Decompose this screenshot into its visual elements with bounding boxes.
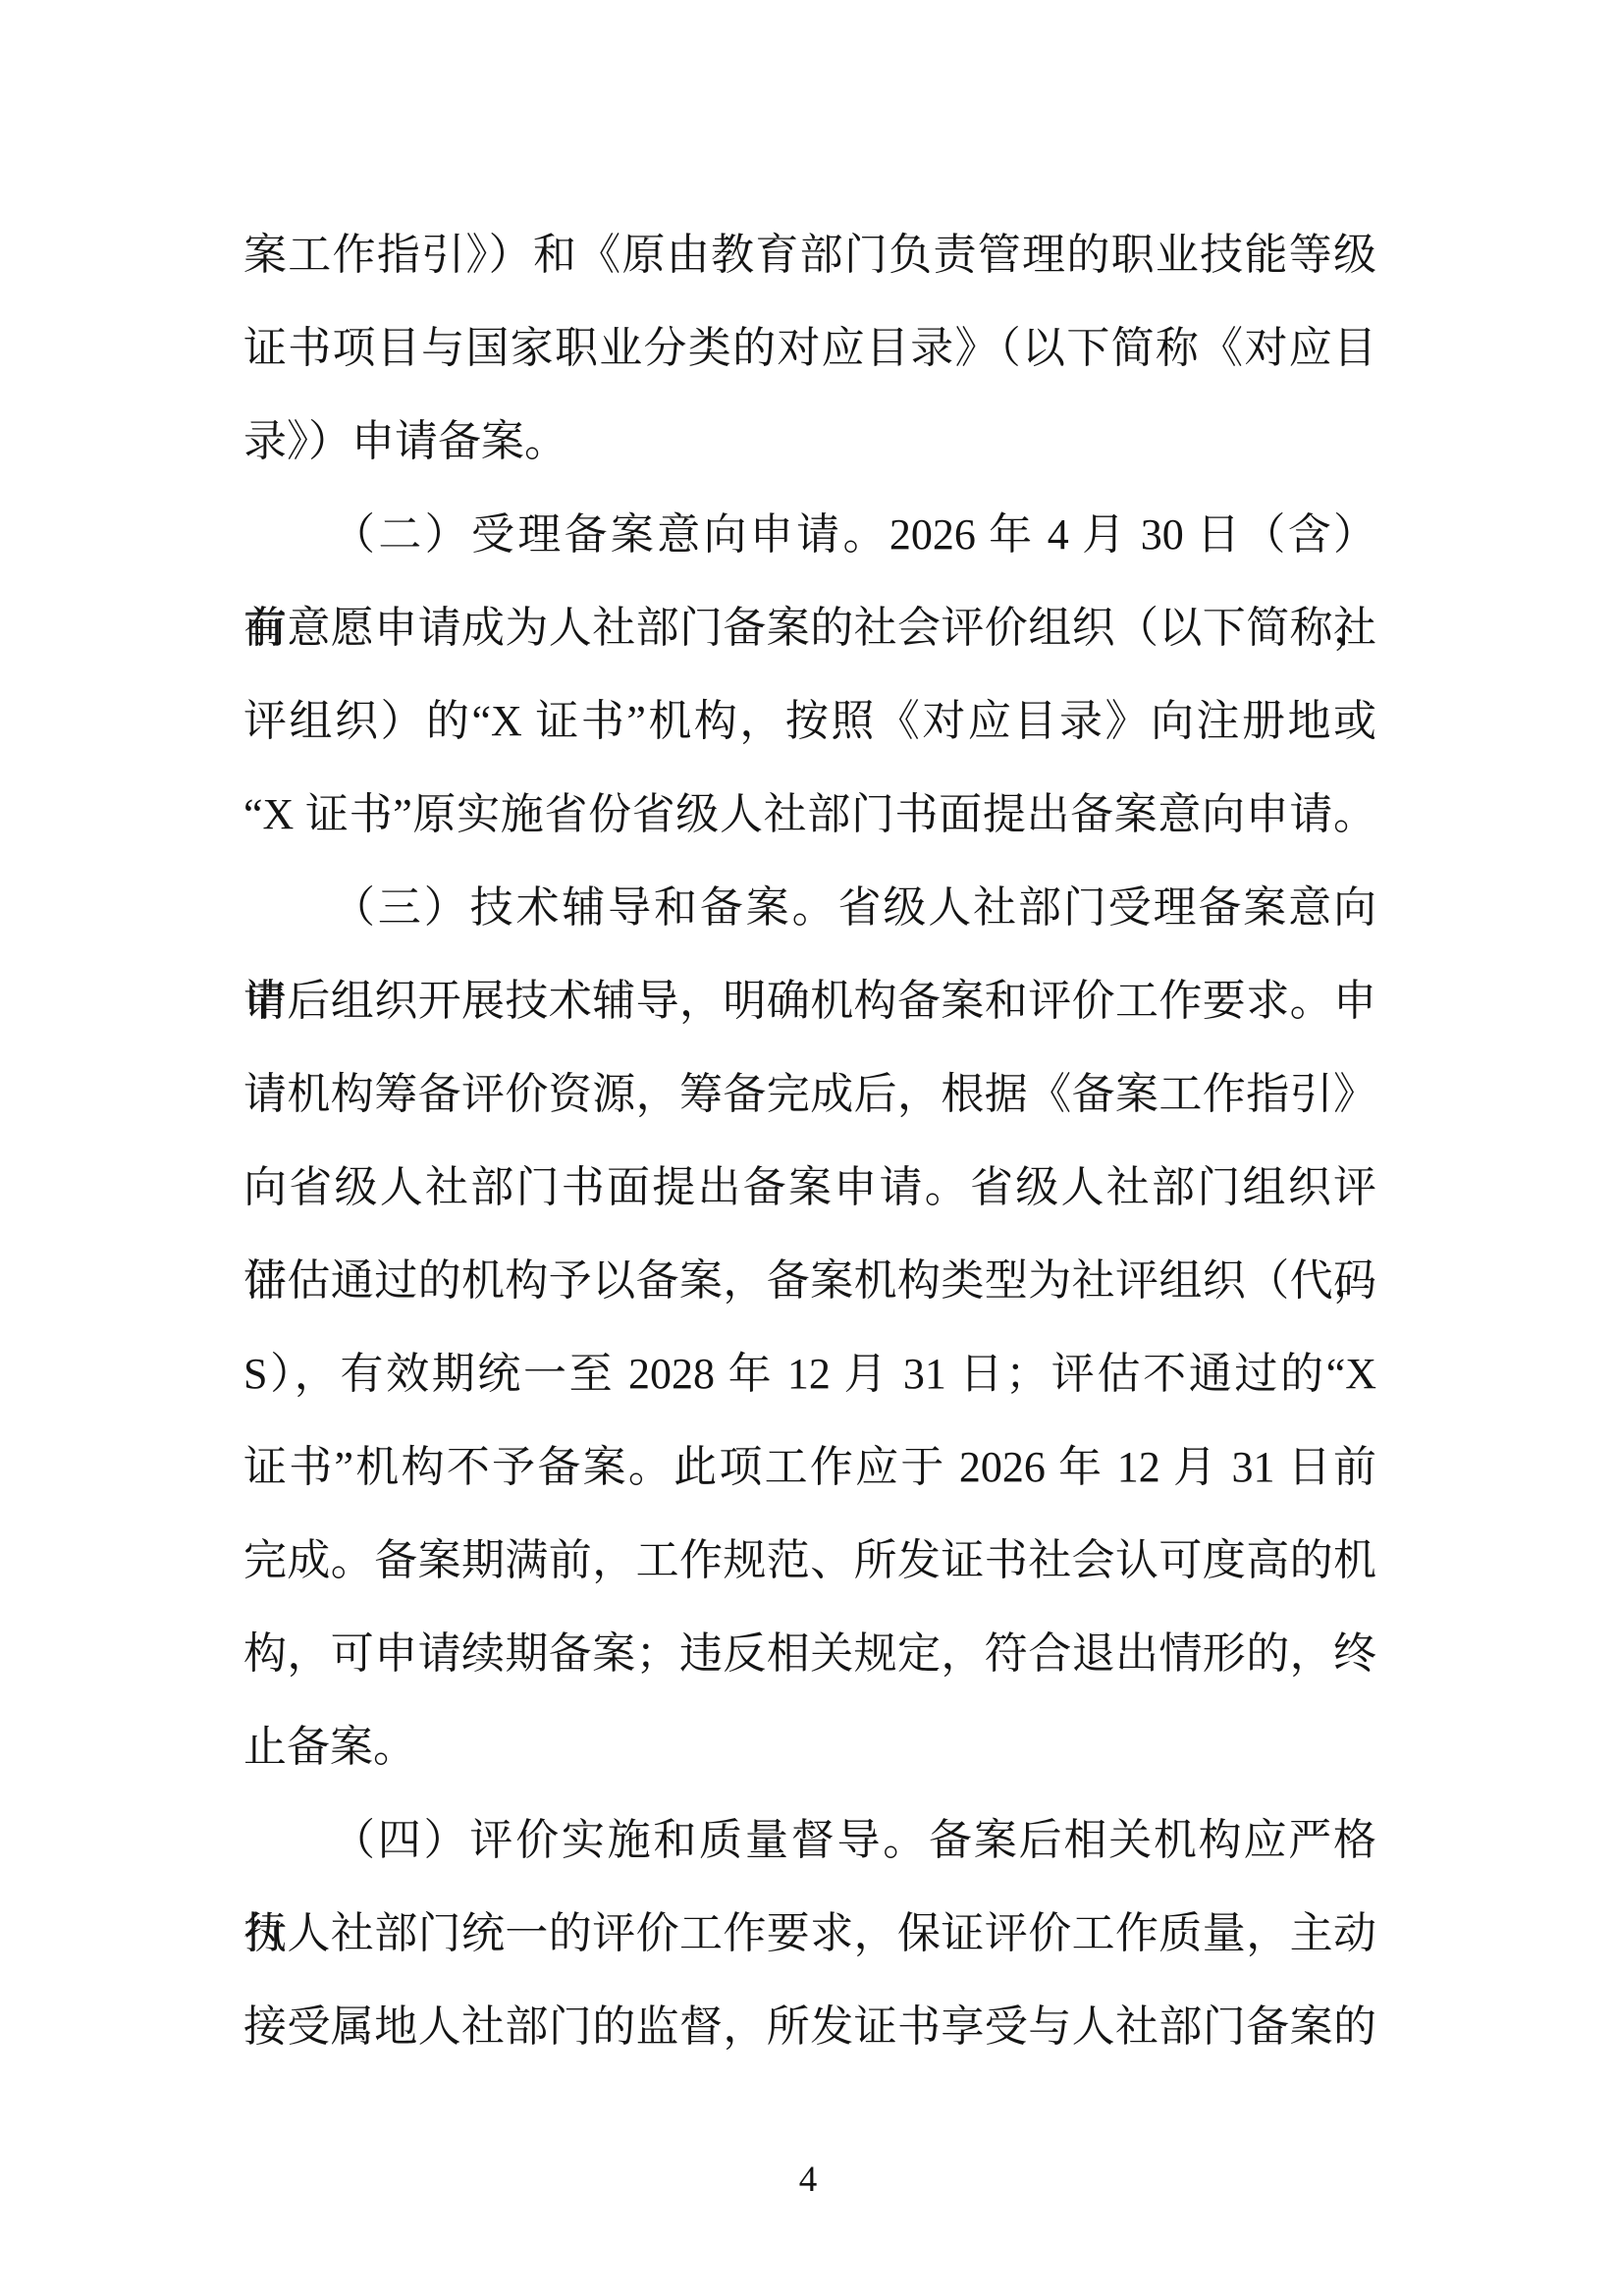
text-line: 证书”机构不予备案。此项工作应于 2026 年 12 月 31 日前 <box>243 1420 1376 1514</box>
text-line: 构，可申请续期备案；违反相关规定，符合退出情形的，终 <box>243 1607 1376 1700</box>
document-body: 案工作指引》）和《原由教育部门负责管理的职业技能等级 证书项目与国家职业分类的对… <box>243 208 1376 2073</box>
text-line: 证书项目与国家职业分类的对应目录》（以下简称《对应目 <box>243 301 1376 395</box>
body-text: 评组织）的“X 证书”机构，按照《对应目录》向注册地或 <box>243 697 1376 745</box>
body-text: S），有效期统一至 2028 年 12 月 31 日；评估不通过的“X <box>243 1350 1376 1398</box>
text-line: S），有效期统一至 2028 年 12 月 31 日；评估不通过的“X <box>243 1327 1376 1420</box>
text-line: 评估通过的机构予以备案，备案机构类型为社评组织（代码 <box>243 1234 1376 1327</box>
body-text: 评估通过的机构予以备案，备案机构类型为社评组织（代码 <box>243 1256 1376 1305</box>
text-line: 向省级人社部门书面提出备案申请。省级人社部门组织评估， <box>243 1141 1376 1234</box>
body-text: 请后组织开展技术辅导，明确机构备案和评价工作要求。申 <box>243 977 1376 1025</box>
text-line: （四）评价实施和质量督导。备案后相关机构应严格执 <box>243 1793 1376 1887</box>
text-line: 行人社部门统一的评价工作要求，保证评价工作质量，主动 <box>243 1887 1376 1980</box>
text-line: 完成。备案期满前，工作规范、所发证书社会认可度高的机 <box>243 1514 1376 1607</box>
body-text: 止备案。 <box>243 1723 416 1771</box>
body-text: 证书项目与国家职业分类的对应目录》（以下简称《对应目 <box>243 324 1376 372</box>
body-text: 构，可申请续期备案；违反相关规定，符合退出情形的，终 <box>243 1629 1376 1678</box>
body-text: 录》）申请备案。 <box>243 417 567 465</box>
text-line: 有意愿申请成为人社部门备案的社会评价组织（以下简称社 <box>243 581 1376 674</box>
text-line: 录》）申请备案。 <box>243 395 1376 488</box>
text-line: 止备案。 <box>243 1700 1376 1793</box>
text-line: （二）受理备案意向申请。2026 年 4 月 30 日（含）前， <box>243 488 1376 581</box>
body-text: “X 证书”原实施省份省级人社部门书面提出备案意向申请。 <box>243 790 1376 838</box>
text-line: 评组织）的“X 证书”机构，按照《对应目录》向注册地或 <box>243 674 1376 768</box>
document-page: 案工作指引》）和《原由教育部门负责管理的职业技能等级 证书项目与国家职业分类的对… <box>0 0 1616 2296</box>
body-text: 案工作指引》）和《原由教育部门负责管理的职业技能等级 <box>243 231 1376 279</box>
text-line: （三）技术辅导和备案。省级人社部门受理备案意向申 <box>243 861 1376 954</box>
body-text: 有意愿申请成为人社部门备案的社会评价组织（以下简称社 <box>243 604 1376 652</box>
text-line: “X 证书”原实施省份省级人社部门书面提出备案意向申请。 <box>243 768 1376 861</box>
text-line: 请机构筹备评价资源，筹备完成后，根据《备案工作指引》 <box>243 1047 1376 1141</box>
body-text: 行人社部门统一的评价工作要求，保证评价工作质量，主动 <box>243 1909 1376 1957</box>
body-text: 完成。备案期满前，工作规范、所发证书社会认可度高的机 <box>243 1536 1376 1584</box>
section-heading: （二）受理备案意向申请。 <box>332 510 889 559</box>
section-heading: （三）技术辅导和备案。 <box>332 883 838 932</box>
section-heading: （四）评价实施和质量督导。 <box>332 1816 929 1864</box>
page-number: 4 <box>0 2158 1616 2203</box>
body-text: 接受属地人社部门的监督，所发证书享受与人社部门备案的 <box>243 2002 1376 2051</box>
text-line: 请后组织开展技术辅导，明确机构备案和评价工作要求。申 <box>243 954 1376 1047</box>
body-text: 证书”机构不予备案。此项工作应于 2026 年 12 月 31 日前 <box>243 1443 1376 1491</box>
body-text: 请机构筹备评价资源，筹备完成后，根据《备案工作指引》 <box>243 1070 1376 1118</box>
text-line: 案工作指引》）和《原由教育部门负责管理的职业技能等级 <box>243 208 1376 301</box>
text-line: 接受属地人社部门的监督，所发证书享受与人社部门备案的 <box>243 1980 1376 2073</box>
